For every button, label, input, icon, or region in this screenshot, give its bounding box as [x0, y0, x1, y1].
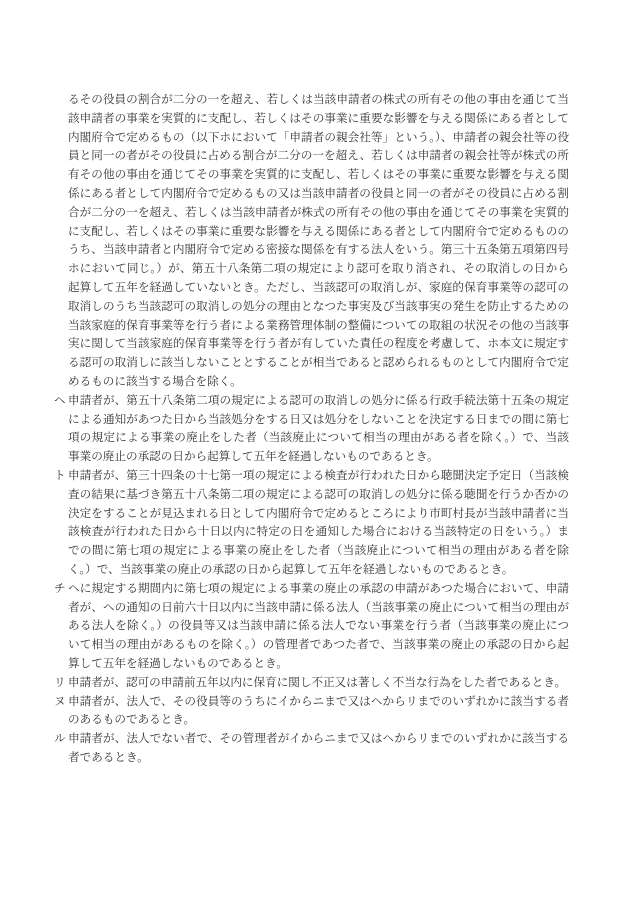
list-item-ru: ル申請者が、法人でない者で、その管理者がイからニまで又はヘからリまでのいずれかに… [54, 730, 569, 768]
list-item-nu: ヌ申請者が、法人で、その役員等のうちにイからニまで又はヘからリまでのいずれかに該… [54, 693, 569, 731]
item-marker-to: ト [54, 467, 68, 486]
item-marker-ru: ル [54, 730, 68, 749]
list-item-he: ヘ申請者が、第五十八条第二項の規定による認可の取消しの処分に係る行政手続法第十五… [54, 392, 569, 467]
item-marker-chi: チ [54, 580, 68, 599]
item-marker-he: ヘ [54, 392, 68, 411]
item-text-nu: 申請者が、法人で、その役員等のうちにイからニまで又はヘからリまでのいずれかに該当… [68, 695, 569, 727]
item-marker-ri: リ [54, 674, 68, 693]
list-item-chi: チヘに規定する期間内に第七項の規定による事業の廃止の承認の申請があつた場合におい… [54, 580, 569, 674]
item-text-ri: 申請者が、認可の申請前五年以内に保育に関し不正又は著しく不当な行為をした者である… [68, 676, 566, 689]
item-text-chi: ヘに規定する期間内に第七項の規定による事業の廃止の承認の申請があつた場合において… [68, 582, 569, 670]
item-text-to: 申請者が、第三十四条の十七第一項の規定による検査が行われた日から聴聞決定予定日（… [68, 469, 569, 576]
item-text-he: 申請者が、第五十八条第二項の規定による認可の取消しの処分に係る行政手続法第十五条… [68, 394, 569, 463]
legal-text-block: るその役員の割合が二分の一を超え、若しくは当該申請者の株式の所有その他の事由を通… [54, 91, 569, 768]
document-page: るその役員の割合が二分の一を超え、若しくは当該申請者の株式の所有その他の事由を通… [0, 0, 630, 903]
paragraph-continuation: るその役員の割合が二分の一を超え、若しくは当該申請者の株式の所有その他の事由を通… [54, 91, 569, 392]
item-text-ru: 申請者が、法人でない者で、その管理者がイからニまで又はヘからリまでのいずれかに該… [68, 732, 569, 764]
list-item-to: ト申請者が、第三十四条の十七第一項の規定による検査が行われた日から聴聞決定予定日… [54, 467, 569, 580]
list-item-ri: リ申請者が、認可の申請前五年以内に保育に関し不正又は著しく不当な行為をした者であ… [54, 674, 569, 693]
item-marker-nu: ヌ [54, 693, 68, 712]
